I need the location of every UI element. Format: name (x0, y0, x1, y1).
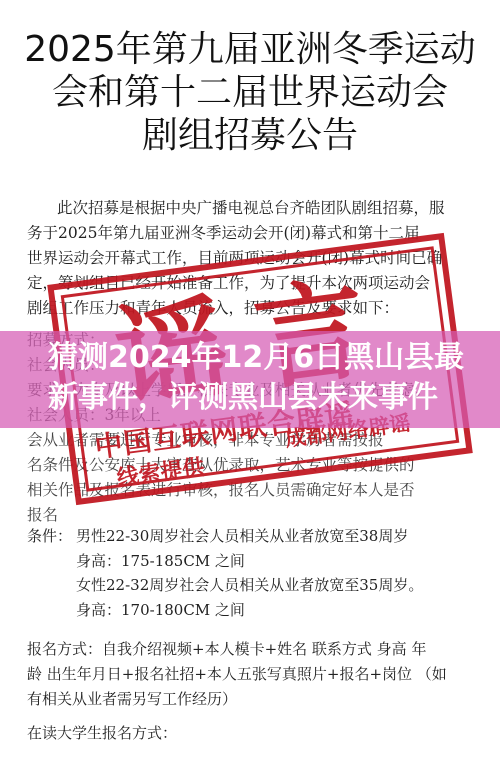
headline-text: 猜测2024年12月6日黑山县最 新事件，评测黑山县未来事件 (48, 338, 468, 418)
signup-section: 报名方式：自我介绍视频+本人模卡+姓名 联系方式 身高 年 龄 出生年月日+报名… (27, 637, 447, 712)
document-title-line-2: 会和第十二届世界运动会 (0, 73, 500, 113)
condition-line: 身高：170-180CM 之间 (27, 598, 423, 623)
document-title-line-1: 2025年第九届亚洲冬季运动 (0, 30, 500, 70)
condition-line: 身高：175-185CM 之间 (27, 549, 423, 574)
document-image: 2025年第九届亚洲冬季运动 会和第十二届世界运动会 剧组招募公告 此次招募是根… (0, 0, 500, 761)
signup-line: 报名方式：自我介绍视频+本人模卡+姓名 联系方式 身高 年 (27, 637, 447, 662)
conditions-section: 条件：男性22-30周岁社会人员相关从业者放宽至38周岁 身高：175-185C… (27, 524, 423, 622)
condition-line: 男性22-30周岁社会人员相关从业者放宽至38周岁 (76, 527, 408, 545)
intro-line: 此次招募是根据中央广播电视总台齐皓团队剧组招募，服 (27, 196, 477, 221)
students-signup-label: 在读大学生报名方式： (27, 722, 177, 743)
document-title-line-3: 剧组招募公告 (0, 116, 500, 156)
conditions-label: 条件： (27, 524, 76, 549)
condition-line: 女性22-32周岁社会人员相关从业者放宽至35周岁。 (27, 573, 423, 598)
signup-line: 龄 出生年月日+报名社招+本人五张写真照片+报名+岗位 （如 (27, 662, 447, 687)
signup-line: 有相关从业者需另写工作经历） (27, 687, 447, 712)
headline-line-2: 新事件，评测黑山县未来事件 (48, 378, 468, 418)
headline-line-1: 猜测2024年12月6日黑山县最 (48, 338, 468, 378)
